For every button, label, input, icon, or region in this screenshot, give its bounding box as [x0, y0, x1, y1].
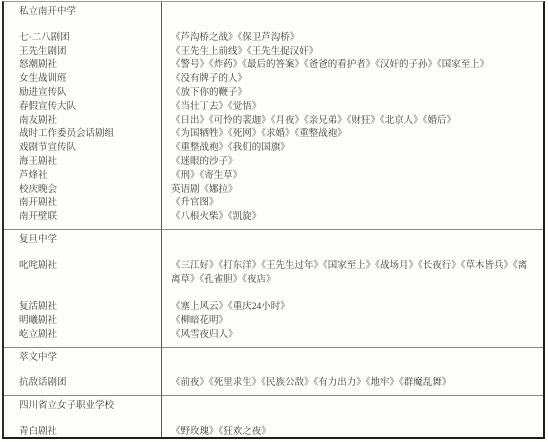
- table-row: 戏剧节宣传队 《重整战袍》《我们的国旗》: [4, 142, 543, 156]
- plays-list: 《迷眼的沙子》: [161, 156, 543, 170]
- table-row: 复活剧社 《塞上风云》《重庆24小时》: [4, 301, 543, 315]
- plays-list: 《野玫瑰》《狂欢之夜》: [161, 426, 543, 440]
- plays-list: 《为国牺牲》《死网》《求婚》《重整战袍》: [161, 128, 543, 142]
- table-row: 战时工作委员会话剧组 《为国牺牲》《死网》《求婚》《重整战袍》: [4, 128, 543, 142]
- plays-list: 《三江好》《打东洋》《王先生过年》《国家至上》《战场月》《长夜行》《草木皆兵》《…: [161, 260, 543, 288]
- school-name: 私立南开中学: [4, 6, 161, 20]
- table-row: 励进宣传队 《放下你的鞭子》: [4, 87, 543, 101]
- scanned-document-page: 私立南开中学 七·二八剧团 《芦沟桥之战》《保卫芦沟桥》 王先生剧团 《王先生上…: [0, 0, 548, 442]
- table-row: 抗敌话剧团 《前夜》《死里求生》《民族公敌》《有力出力》《地牢》《群魔乱舞》: [4, 377, 543, 391]
- troupe-name: 春假宣传大队: [4, 101, 161, 115]
- school-section: 复旦中学 叱咤剧社 《三江好》《打东洋》《王先生过年》《国家至上》《战场月》《长…: [4, 230, 543, 348]
- table-row: 南开剧社 《升官图》: [4, 197, 543, 211]
- troupe-name: 战时工作委员会话剧组: [4, 128, 161, 142]
- troupe-name: 南开壁联: [4, 211, 161, 225]
- plays-list: 《没有牌子的人》: [161, 73, 543, 87]
- school-section: 私立南开中学 七·二八剧团 《芦沟桥之战》《保卫芦沟桥》 王先生剧团 《王先生上…: [4, 2, 543, 230]
- plays-list: 《刑》《寄生草》: [161, 170, 543, 184]
- plays-list: 《前夜》《死里求生》《民族公敌》《有力出力》《地牢》《群魔乱舞》: [161, 377, 543, 391]
- troupe-name: 南友剧社: [4, 115, 161, 129]
- plays-list: 《警号》《炸药》《最后的答案》《爸爸的看护者》《汉奸的子孙》《国家至上》: [161, 59, 543, 73]
- table-row: 叱咤剧社 《三江好》《打东洋》《王先生过年》《国家至上》《战场月》《长夜行》《草…: [4, 260, 543, 288]
- troupe-name: 海王剧社: [4, 156, 161, 170]
- plays-list: 《日出》《可怜的裴迦》《月夜》《亲兄弟》《财狂》《北京人》《婚后》: [161, 115, 543, 129]
- school-name: 萃文中学: [4, 352, 161, 366]
- school-header-row: 四川省立女子职业学校: [4, 400, 543, 414]
- table-row: 明曦剧社 《柳暗花明》: [4, 315, 543, 329]
- table-row: 屹立剧社 《风雪夜归人》: [4, 329, 543, 343]
- troupe-name: 南开剧社: [4, 197, 161, 211]
- table-row: 怒潮剧社 《警号》《炸药》《最后的答案》《爸爸的看护者》《汉奸的子孙》《国家至上…: [4, 59, 543, 73]
- troupe-name: 校庆晚会: [4, 184, 161, 198]
- table-row: 春假宣传大队 《当壮丁去》《觉悟》: [4, 101, 543, 115]
- plays-list: 《升官图》: [161, 197, 543, 211]
- table-row: 南开壁联 《八根火柴》《凯旋》: [4, 211, 543, 225]
- table-row: 女生战训班 《没有牌子的人》: [4, 73, 543, 87]
- troupe-name: 怒潮剧社: [4, 59, 161, 73]
- table-row: 海王剧社 《迷眼的沙子》: [4, 156, 543, 170]
- table-row: 校庆晚会 英语剧《娜拉》: [4, 184, 543, 198]
- troupe-name: 戏剧节宣传队: [4, 142, 161, 156]
- plays-list: 《柳暗花明》: [161, 315, 543, 329]
- troupe-name: 复活剧社: [4, 301, 161, 315]
- troupe-name: 王先生剧团: [4, 46, 161, 60]
- column-divider: [161, 2, 162, 437]
- school-header-row: 复旦中学: [4, 234, 543, 248]
- table-row: 南友剧社 《日出》《可怜的裴迦》《月夜》《亲兄弟》《财狂》《北京人》《婚后》: [4, 115, 543, 129]
- troupe-name: 女生战训班: [4, 73, 161, 87]
- troupe-name: 明曦剧社: [4, 315, 161, 329]
- plays-list: 英语剧《娜拉》: [161, 184, 543, 198]
- plays-list: 《芦沟桥之战》《保卫芦沟桥》: [161, 32, 543, 46]
- plays-list: 《放下你的鞭子》: [161, 87, 543, 101]
- troupe-name: 叱咤剧社: [4, 260, 161, 274]
- school-section: 萃文中学 抗敌话剧团 《前夜》《死里求生》《民族公敌》《有力出力》《地牢》《群魔…: [4, 348, 543, 397]
- school-header-row: 萃文中学: [4, 352, 543, 366]
- school-name: 复旦中学: [4, 234, 161, 248]
- plays-list: 《风雪夜归人》: [161, 329, 543, 343]
- table-row: 七·二八剧团 《芦沟桥之战》《保卫芦沟桥》: [4, 32, 543, 46]
- troupe-name: 芦烽社: [4, 170, 161, 184]
- plays-list: 《重整战袍》《我们的国旗》: [161, 142, 543, 156]
- table-row: 芦烽社 《刑》《寄生草》: [4, 170, 543, 184]
- table-row: 王先生剧团 《王先生上前线》《王先生捉汉奸》: [4, 46, 543, 60]
- plays-list: 《八根火柴》《凯旋》: [161, 211, 543, 225]
- school-header-row: 私立南开中学: [4, 6, 543, 20]
- table-row: [4, 287, 543, 301]
- troupe-name: 抗敌话剧团: [4, 377, 161, 391]
- troupe-name: 励进宣传队: [4, 87, 161, 101]
- troupe-name: 七·二八剧团: [4, 32, 161, 46]
- plays-list: 《塞上风云》《重庆24小时》: [161, 301, 543, 315]
- troupe-name: 青白剧社: [4, 426, 161, 440]
- troupe-name: 屹立剧社: [4, 329, 161, 343]
- plays-list: 《王先生上前线》《王先生捉汉奸》: [161, 46, 543, 60]
- table-row: 青白剧社 《野玫瑰》《狂欢之夜》: [4, 426, 543, 440]
- school-name: 四川省立女子职业学校: [4, 400, 161, 414]
- plays-list: 《当壮丁去》《觉悟》: [161, 101, 543, 115]
- drama-troupes-table: 私立南开中学 七·二八剧团 《芦沟桥之战》《保卫芦沟桥》 王先生剧团 《王先生上…: [2, 1, 545, 439]
- school-section: 四川省立女子职业学校 青白剧社 《野玫瑰》《狂欢之夜》: [4, 396, 543, 442]
